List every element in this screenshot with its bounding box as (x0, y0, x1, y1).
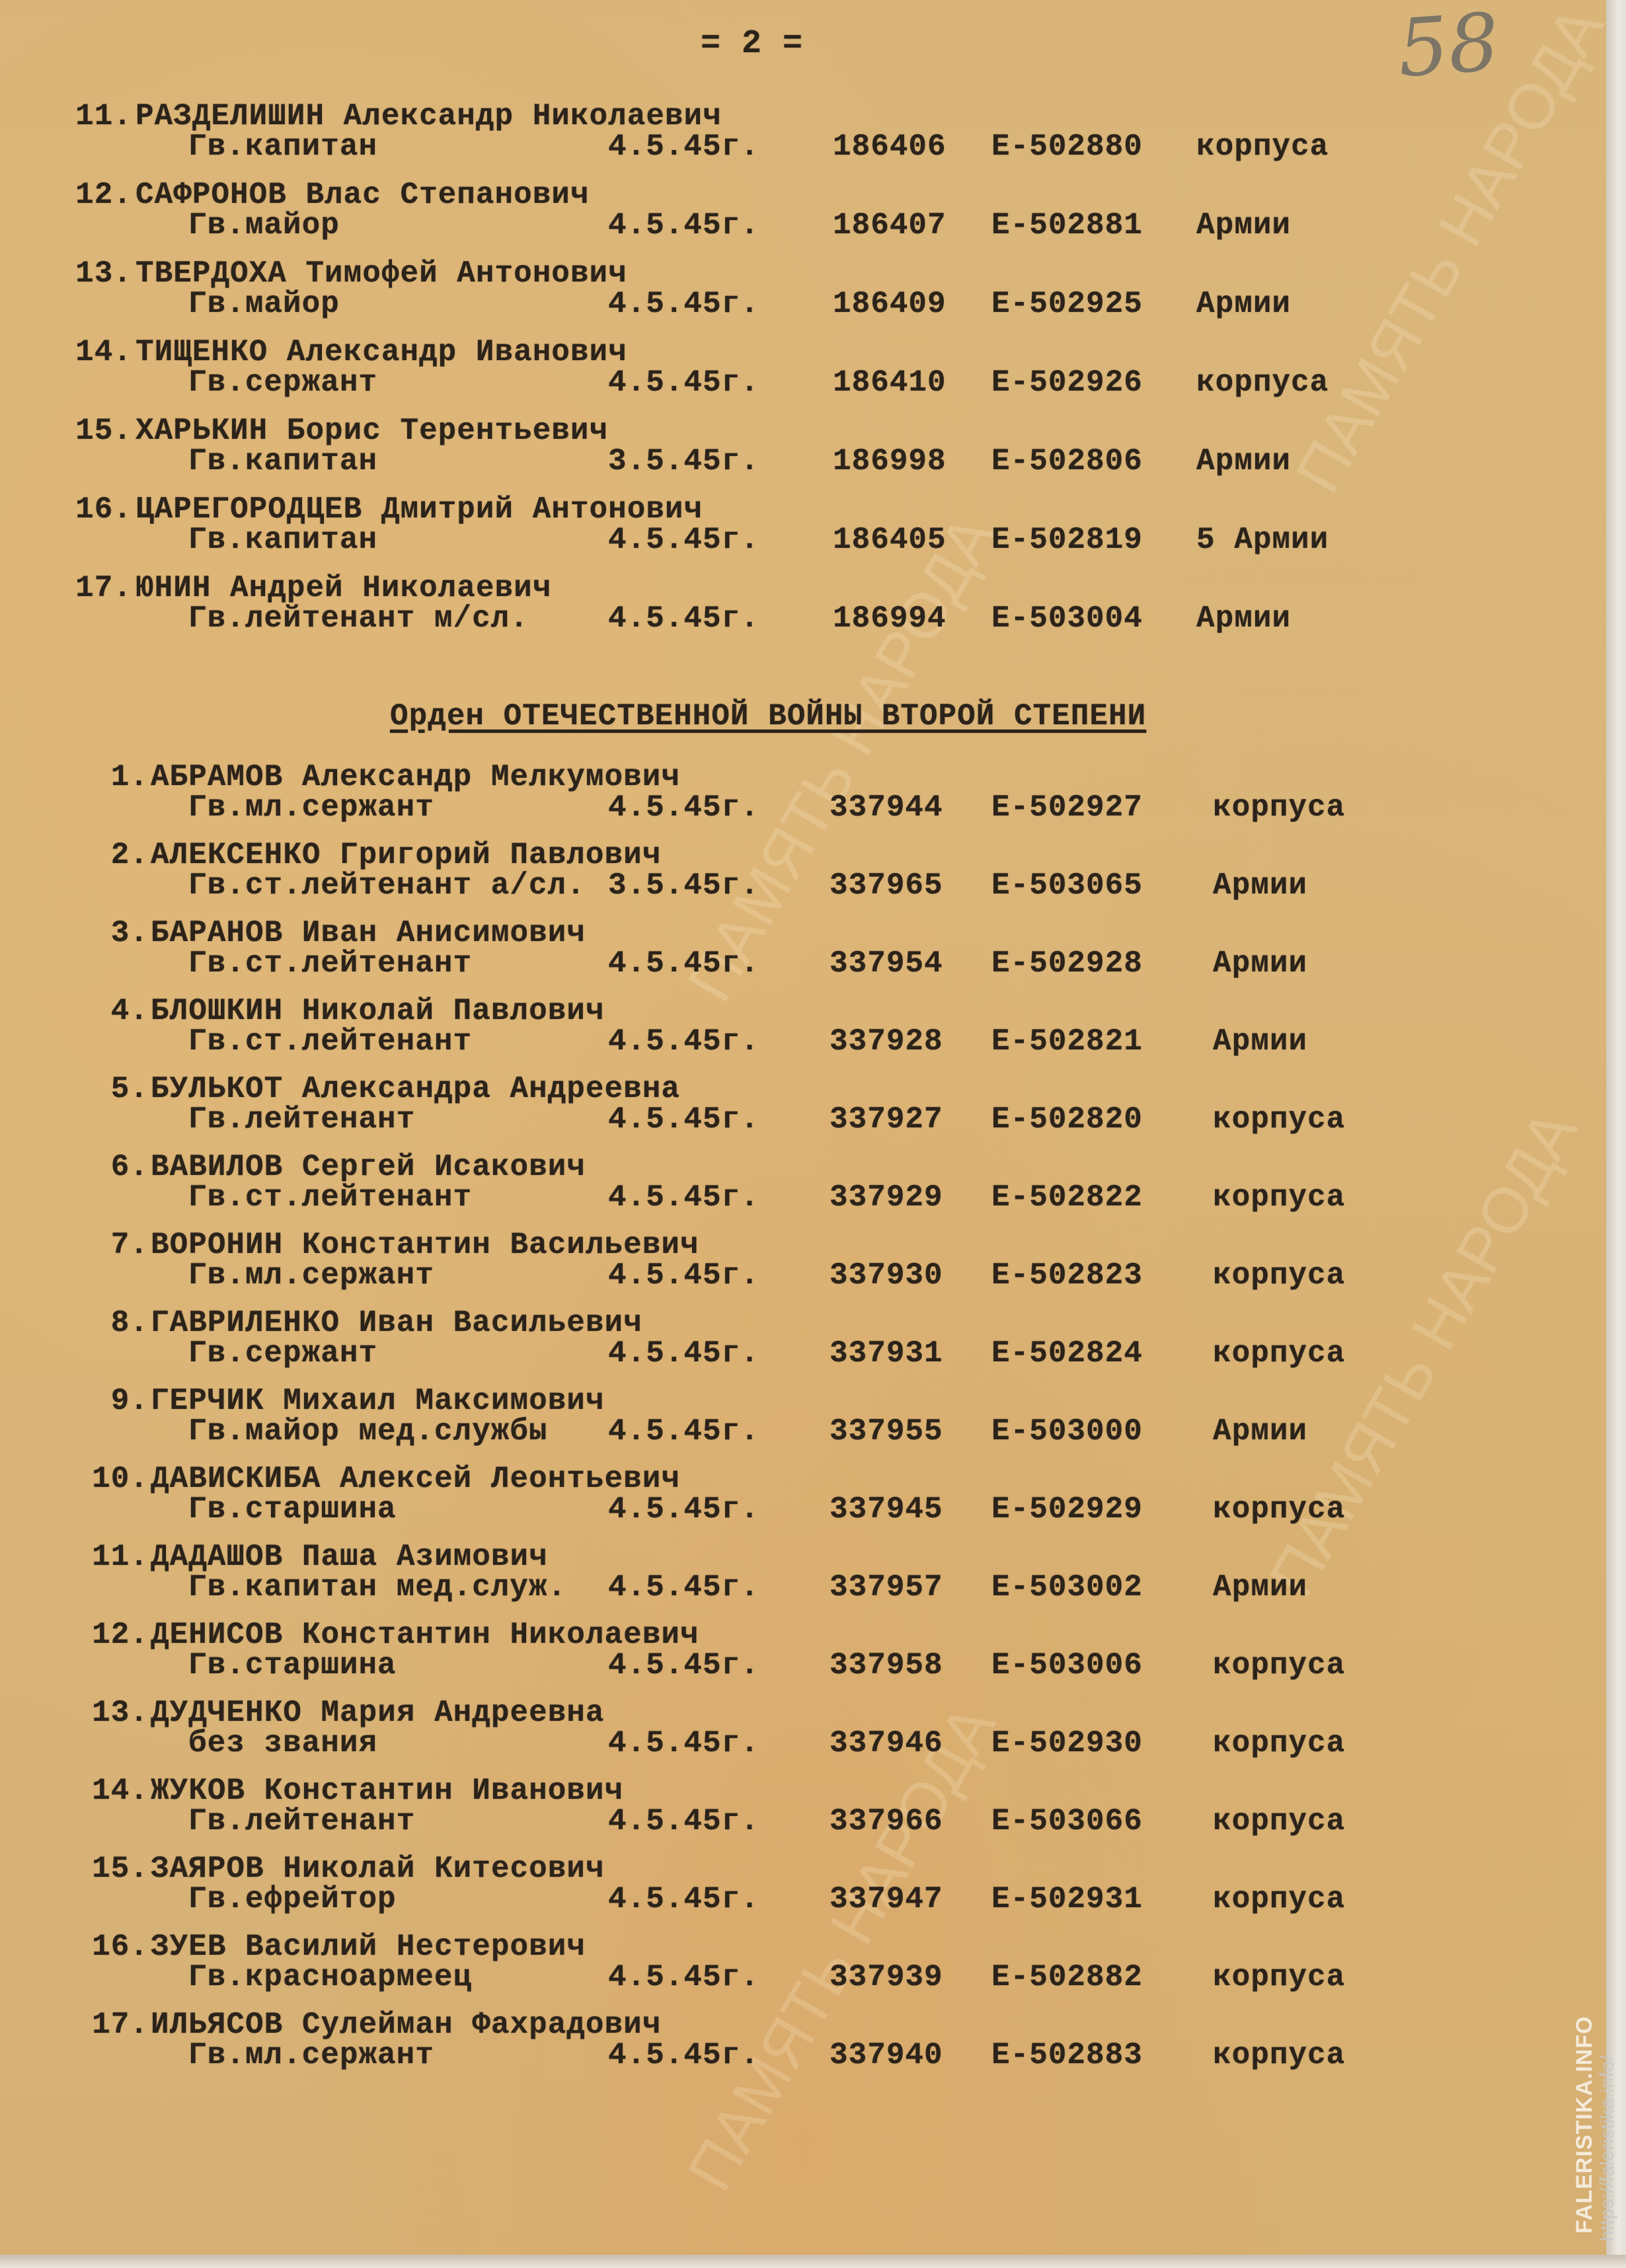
medal-number: 337944 (830, 790, 943, 825)
certificate-number: Е-502806 (991, 444, 1143, 478)
award-entry: 12.САФРОНОВ Влас Степанович48/НГв.майор4… (0, 178, 1606, 260)
award-date: 4.5.45г. (608, 1492, 759, 1527)
recipient-name: ТИЩЕНКО Александр Иванович (135, 335, 627, 369)
certificate-number: Е-503006 (991, 1648, 1143, 1682)
award-entry: 2.АЛЕКСЕНКО Григорий Павлович66/НГв.ст.л… (0, 838, 1606, 920)
medal-number: 337931 (830, 1336, 943, 1371)
military-rank: Гв.капитан (188, 444, 377, 478)
medal-number: 186994 (833, 601, 947, 636)
award-date: 4.5.45г. (608, 1726, 759, 1760)
recipient-name: БАРАНОВ Иван Анисимович (151, 916, 586, 950)
issuing-authority: Армии (1213, 1414, 1307, 1449)
entry-number: 17. (89, 2008, 149, 2042)
award-date: 4.5.45г. (608, 208, 759, 243)
watermark-brand: FALERISTIKA.INFO (1572, 2016, 1598, 2234)
award-date: 3.5.45г. (608, 868, 759, 903)
award-date: 4.5.45г. (608, 365, 759, 400)
issuing-authority: корпуса (1213, 1882, 1345, 1916)
issuing-authority: корпуса (1213, 1726, 1345, 1760)
issuing-authority: корпуса (1196, 365, 1329, 400)
award-entry: 5.БУЛЬКОТ Александра Андреевна024/НГв.ле… (0, 1072, 1606, 1154)
certificate-number: Е-502926 (991, 365, 1143, 400)
award-entry: 16.ЗУЕВ Василий Нестерович024/НГв.красно… (0, 1930, 1606, 2012)
entry-number: 6. (89, 1150, 149, 1184)
military-rank: Гв.старшина (188, 1648, 397, 1682)
award-entry: 17.ИЛЬЯСОВ Сулейман Фахрадович024/НГв.мл… (0, 2008, 1606, 2090)
award-date: 3.5.45г. (608, 444, 759, 478)
award-entry: 17.ЮНИН Андрей Николаевич66/НГв.лейтенан… (0, 571, 1606, 653)
award-entry: 1.АБРАМОВ Александр Мелкумович036/НГв.мл… (0, 760, 1606, 842)
award-date: 4.5.45г. (608, 1414, 759, 1449)
recipient-name: ТВЕРДОХА Тимофей Антонович (135, 256, 627, 291)
recipient-name: ДЕНИСОВ Константин Николаевич (151, 1618, 699, 1652)
military-rank: Гв.красноармеец (188, 1960, 472, 1994)
issuing-authority: корпуса (1213, 1102, 1345, 1137)
award-entry: 11.ДАДАШОВ Паша Азимович62/НГв.капитан м… (0, 1540, 1606, 1622)
award-date: 4.5.45г. (608, 523, 759, 557)
medal-number: 337958 (830, 1648, 943, 1682)
military-rank: Гв.ст.лейтенант (188, 1180, 472, 1215)
award-date: 4.5.45г. (608, 1024, 759, 1059)
award-date: 4.5.45г. (608, 287, 759, 321)
issuing-authority: Армии (1196, 208, 1291, 243)
award-entry: 15.ХАРЬКИН Борис Терентьевич50/НГв.капит… (0, 414, 1606, 496)
award-entry: 11.РАЗДЕЛИШИН Александр Николаевич031/НГ… (0, 99, 1606, 181)
award-date: 4.5.45г. (608, 1570, 759, 1605)
issuing-authority: корпуса (1196, 130, 1329, 164)
recipient-name: БУЛЬКОТ Александра Андреевна (151, 1072, 680, 1106)
award-date: 4.5.45г. (608, 130, 759, 164)
certificate-number: Е-503065 (991, 868, 1143, 903)
certificate-number: Е-502822 (991, 1180, 1143, 1215)
recipient-name: ГЕРЧИК Михаил Максимович (151, 1384, 605, 1418)
military-rank: Гв.сержант (188, 365, 377, 400)
award-date: 4.5.45г. (608, 946, 759, 981)
section-heading-order-patriotic-war-2nd-class: Орден ОТЕЧЕСТВЕННОЙ ВОЙНЫ ВТОРОЙ СТЕПЕНИ (390, 699, 1146, 734)
award-entry: 14.ТИЩЕНКО Александр Иванович027/НГв.сер… (0, 335, 1606, 417)
military-rank: Гв.ст.лейтенант (188, 1024, 472, 1059)
military-rank: Гв.майор мед.службы (188, 1414, 548, 1449)
medal-number: 337965 (830, 868, 943, 903)
entry-number: 12. (89, 1618, 149, 1652)
issuing-authority: корпуса (1213, 1180, 1345, 1215)
recipient-name: ЗУЕВ Василий Нестерович (151, 1930, 586, 1964)
issuing-authority: Армии (1213, 946, 1307, 981)
award-date: 4.5.45г. (608, 601, 759, 636)
certificate-number: Е-502824 (991, 1336, 1143, 1371)
medal-number: 337939 (830, 1960, 943, 1994)
medal-number: 186406 (833, 130, 947, 164)
issuing-authority: 5 Армии (1196, 523, 1329, 557)
entry-number: 17. (73, 571, 132, 605)
medal-number: 337927 (830, 1102, 943, 1137)
recipient-name: БЛОШКИН Николай Павлович (151, 994, 605, 1028)
certificate-number: Е-502928 (991, 946, 1143, 981)
award-entry: 9.ГЕРЧИК Михаил Максимович37/НГв.майор м… (0, 1384, 1606, 1466)
entry-number: 10. (89, 1462, 149, 1496)
certificate-number: Е-503000 (991, 1414, 1143, 1449)
entry-number: 16. (73, 492, 132, 527)
entry-number: 2. (89, 838, 149, 872)
medal-number: 337929 (830, 1180, 943, 1215)
issuing-authority: Армии (1213, 1570, 1307, 1605)
entry-number: 7. (89, 1228, 149, 1262)
military-rank: Гв.сержант (188, 1336, 377, 1371)
award-date: 4.5.45г. (608, 1180, 759, 1215)
award-entry: 13.ДУДЧЕНКО Мария Андреевна036/Нбез зван… (0, 1696, 1606, 1778)
military-rank: Гв.мл.сержант (188, 2038, 434, 2072)
award-date: 4.5.45г. (608, 1960, 759, 1994)
award-date: 4.5.45г. (608, 2038, 759, 2072)
medal-number: 337955 (830, 1414, 943, 1449)
certificate-number: Е-502882 (991, 1960, 1143, 1994)
handwritten-sheet-number: 58 (1395, 0, 1502, 95)
certificate-number: Е-502881 (991, 208, 1143, 243)
issuing-authority: корпуса (1213, 1336, 1345, 1371)
recipient-name: ДАВИСКИБА Алексей Леонтьевич (151, 1462, 680, 1496)
military-rank: Гв.ст.лейтенант а/сл. (188, 868, 586, 903)
issuing-authority: корпуса (1213, 1258, 1345, 1293)
entry-number: 14. (73, 335, 132, 369)
recipient-name: ВАВИЛОВ Сергей Исакович (151, 1150, 586, 1184)
certificate-number: Е-502931 (991, 1882, 1143, 1916)
entry-number: 12. (73, 178, 132, 212)
scan-edge-right (1606, 0, 1626, 2268)
medal-number: 337940 (830, 2038, 943, 2072)
certificate-number: Е-502823 (991, 1258, 1143, 1293)
certificate-number: Е-502820 (991, 1102, 1143, 1137)
certificate-number: Е-502927 (991, 790, 1143, 825)
military-rank: Гв.лейтенант (188, 1804, 415, 1838)
issuing-authority: Армии (1213, 1024, 1307, 1059)
award-entry: 15.ЗАЯРОВ Николай Китесович036/НГв.ефрей… (0, 1852, 1606, 1934)
award-entry: 8.ГАВРИЛЕНКО Иван Васильевич031/НГв.серж… (0, 1306, 1606, 1388)
medal-number: 337947 (830, 1882, 943, 1916)
award-date: 4.5.45г. (608, 1258, 759, 1293)
certificate-number: Е-502883 (991, 2038, 1143, 2072)
award-date: 4.5.45г. (608, 1882, 759, 1916)
medal-number: 337930 (830, 1258, 943, 1293)
entry-number: 15. (89, 1852, 149, 1886)
recipient-name: САФРОНОВ Влас Степанович (135, 178, 590, 212)
medal-number: 337954 (830, 946, 943, 981)
recipient-name: ХАРЬКИН Борис Терентьевич (135, 414, 608, 448)
entry-number: 13. (73, 256, 132, 291)
award-entry: 13.ТВЕРДОХА Тимофей Антонович50/НГв.майо… (0, 256, 1606, 338)
military-rank: Гв.ст.лейтенант (188, 946, 472, 981)
military-rank: Гв.мл.сержант (188, 790, 434, 825)
certificate-number: Е-502930 (991, 1726, 1143, 1760)
issuing-authority: корпуса (1213, 790, 1345, 825)
issuing-authority: корпуса (1213, 1960, 1345, 1994)
recipient-name: ЦАРЕГОРОДЦЕВ Дмитрий Антонович (135, 492, 703, 527)
medal-number: 186405 (833, 523, 947, 557)
medal-number: 186407 (833, 208, 947, 243)
issuing-authority: корпуса (1213, 1648, 1345, 1682)
award-entry: 7.ВОРОНИН Константин Васильевич031/НГв.м… (0, 1228, 1606, 1310)
award-entry: 12.ДЕНИСОВ Константин Николаевич031/НГв.… (0, 1618, 1606, 1700)
issuing-authority: Армии (1196, 601, 1291, 636)
medal-number: 186409 (833, 287, 947, 321)
certificate-number: Е-502880 (991, 130, 1143, 164)
certificate-number: Е-503066 (991, 1804, 1143, 1838)
military-rank: Гв.капитан (188, 130, 377, 164)
recipient-name: ЮНИН Андрей Николаевич (135, 571, 551, 605)
medal-number: 337945 (830, 1492, 943, 1527)
military-rank: Гв.старшина (188, 1492, 397, 1527)
scan-edge-bottom (0, 2255, 1626, 2268)
military-rank: без звания (188, 1726, 377, 1760)
recipient-name: ИЛЬЯСОВ Сулейман Фахрадович (151, 2008, 661, 2042)
recipient-name: ВОРОНИН Константин Васильевич (151, 1228, 699, 1262)
medal-number: 186410 (833, 365, 947, 400)
issuing-authority: корпуса (1213, 1804, 1345, 1838)
military-rank: Гв.майор (188, 287, 340, 321)
medal-number: 186998 (833, 444, 947, 478)
certificate-number: Е-502821 (991, 1024, 1143, 1059)
entry-number: 4. (89, 994, 149, 1028)
award-date: 4.5.45г. (608, 1336, 759, 1371)
award-entry: 16.ЦАРЕГОРОДЦЕВ Дмитрий Антонович065/НГв… (0, 492, 1606, 574)
medal-number: 337966 (830, 1804, 943, 1838)
recipient-name: АБРАМОВ Александр Мелкумович (151, 760, 680, 794)
military-rank: Гв.капитан (188, 523, 377, 557)
entry-number: 9. (89, 1384, 149, 1418)
entry-number: 5. (89, 1072, 149, 1106)
award-entry: 6.ВАВИЛОВ Сергей Исакович0125/НГв.ст.лей… (0, 1150, 1606, 1232)
recipient-name: АЛЕКСЕНКО Григорий Павлович (151, 838, 661, 872)
certificate-number: Е-503004 (991, 601, 1143, 636)
issuing-authority: Армии (1196, 287, 1291, 321)
medal-number: 337928 (830, 1024, 943, 1059)
entry-number: 11. (89, 1540, 149, 1574)
medal-number: 337957 (830, 1570, 943, 1605)
award-entry: 3.БАРАНОВ Иван Анисимович62/НГв.ст.лейте… (0, 916, 1606, 998)
entry-number: 15. (73, 414, 132, 448)
award-entry: 14.ЖУКОВ Константин Иванович027/НГв.лейт… (0, 1774, 1606, 1856)
entry-number: 11. (73, 99, 132, 133)
certificate-number: Е-502929 (991, 1492, 1143, 1527)
entry-number: 13. (89, 1696, 149, 1730)
issuing-authority: Армии (1213, 868, 1307, 903)
award-date: 4.5.45г. (608, 790, 759, 825)
watermark-url: https://faleristika.info/ (1596, 2055, 1619, 2242)
certificate-number: Е-502925 (991, 287, 1143, 321)
award-date: 4.5.45г. (608, 1804, 759, 1838)
award-date: 4.5.45г. (608, 1648, 759, 1682)
entry-number: 3. (89, 916, 149, 950)
award-entry: 4.БЛОШКИН Николай Павлович062/НГв.ст.лей… (0, 994, 1606, 1076)
recipient-name: ЖУКОВ Константин Иванович (151, 1774, 623, 1808)
page-number: = 2 = (701, 25, 803, 63)
award-date: 4.5.45г. (608, 1102, 759, 1137)
award-entry: 10.ДАВИСКИБА Алексей Леонтьевич036/НГв.с… (0, 1462, 1606, 1544)
recipient-name: ГАВРИЛЕНКО Иван Васильевич (151, 1306, 642, 1340)
military-rank: Гв.лейтенант (188, 1102, 415, 1137)
recipient-name: ДУДЧЕНКО Мария Андреевна (151, 1696, 605, 1730)
certificate-number: Е-502819 (991, 523, 1143, 557)
entry-number: 14. (89, 1774, 149, 1808)
entry-number: 1. (89, 760, 149, 794)
entry-number: 16. (89, 1930, 149, 1964)
recipient-name: ЗАЯРОВ Николай Китесович (151, 1852, 605, 1886)
certificate-number: Е-503002 (991, 1570, 1143, 1605)
issuing-authority: корпуса (1213, 1492, 1345, 1527)
issuing-authority: корпуса (1213, 2038, 1345, 2072)
recipient-name: РАЗДЕЛИШИН Александр Николаевич (135, 99, 722, 133)
military-rank: Гв.ефрейтор (188, 1882, 397, 1916)
military-rank: Гв.майор (188, 208, 340, 243)
recipient-name: ДАДАШОВ Паша Азимович (151, 1540, 548, 1574)
military-rank: Гв.капитан мед.служ. (188, 1570, 566, 1605)
military-rank: Гв.лейтенант м/сл. (188, 601, 529, 636)
entry-number: 8. (89, 1306, 149, 1340)
issuing-authority: Армии (1196, 444, 1291, 478)
medal-number: 337946 (830, 1726, 943, 1760)
military-rank: Гв.мл.сержант (188, 1258, 434, 1293)
